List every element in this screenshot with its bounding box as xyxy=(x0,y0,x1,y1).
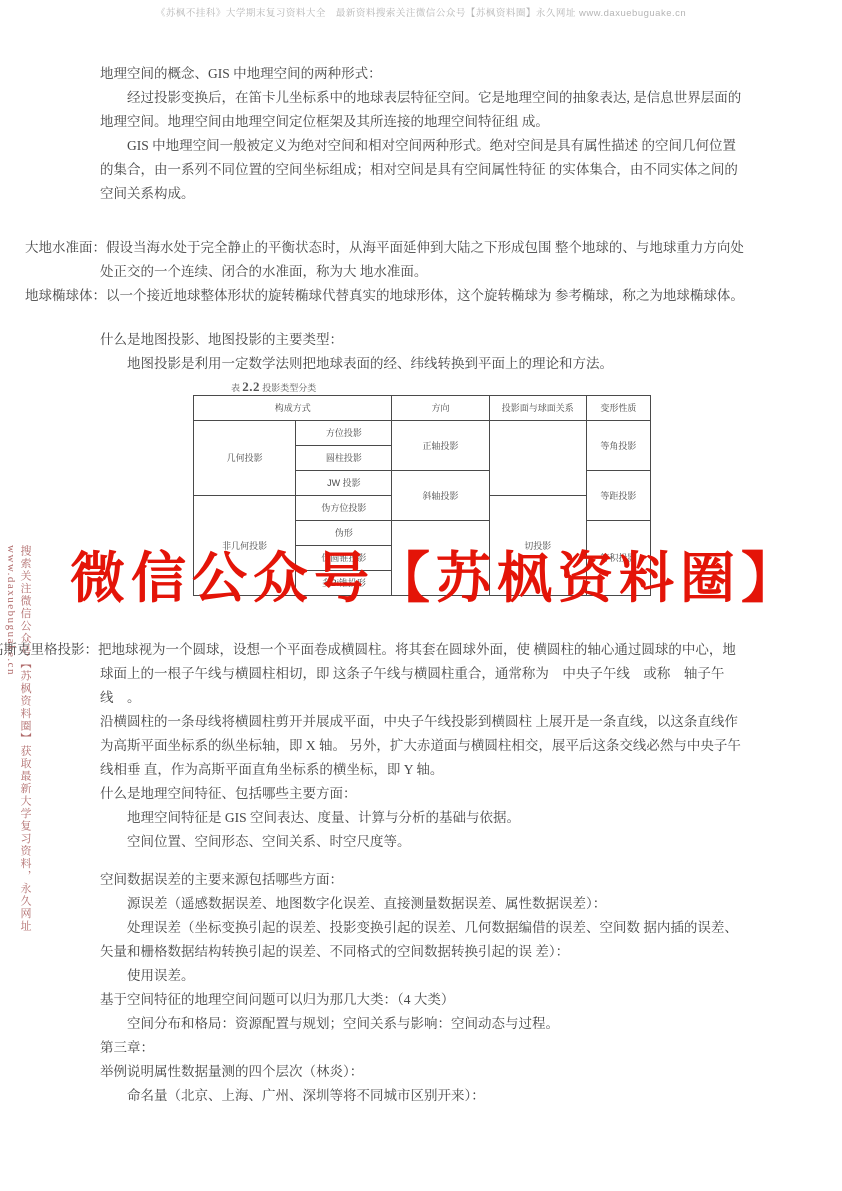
table-header-construction: 构成方式 xyxy=(194,396,392,421)
table-caption-title: 投影类型分类 xyxy=(262,383,316,393)
para-geo-feature-basis: 地理空间特征是 GIS 空间表达、度量、计算与分析的基础与依据。 xyxy=(100,806,748,830)
blank-space xyxy=(100,206,748,236)
document-page: 《苏枫不挂科》大学期末复习资料大全 最新资料搜索关注微信公众号【苏枫资料圈】永久… xyxy=(0,0,842,1191)
table-cell-pseudo-azimuthal: 伪方位投影 xyxy=(296,496,392,521)
table-header-deformation: 变形性质 xyxy=(586,396,650,421)
red-watermark: 微信公众号【苏枫资料圈】 xyxy=(70,549,802,609)
para-map-projection-def: 地图投影是利用一定数学法则把地球表面的经、纬线转换到平面上的理论和方法。 xyxy=(100,352,748,376)
table-cell-geometric: 几何投影 xyxy=(194,421,296,496)
table-cell-cylindrical: 圆柱投影 xyxy=(296,446,392,471)
blank-space xyxy=(100,854,748,868)
para-processing-error: 处理误差（坐标变换引起的误差、投影变换引起的误差、几何数据编借的误差、空间数 据… xyxy=(100,916,748,964)
para-geo-space-def: 经过投影变换后，在笛卡儿坐标系中的地球表层特征空间。它是地理空间的抽象表达, 是… xyxy=(100,86,748,134)
para-geoid-def: 大地水准面：假设当海水处于完全静止的平衡状态时，从海平面延伸到大陆之下形成包围 … xyxy=(100,236,748,284)
para-source-error: 源误差（遥感数据误差、地图数字化误差、直接测量数据误差、属性数据误差）： xyxy=(100,892,748,916)
table-caption: 表 2.2 投影类型分类 xyxy=(231,380,653,395)
para-gauss-kruger-def: 高斯克里格投影：把地球视为一个圆球，设想一个平面卷成横圆柱。将其套在圆球外面，使… xyxy=(100,638,748,710)
table-cell-normal-axis: 正轴投影 xyxy=(392,421,489,471)
para-geo-feature-title: 什么是地理空间特征、包括哪些主要方面： xyxy=(100,782,748,806)
table-header-relation: 投影面与球面关系 xyxy=(489,396,586,421)
para-ellipsoid-def: 地球椭球体：以一个接近地球整体形状的旋转椭球代替真实的地球形体，这个旋转椭球为 … xyxy=(100,284,748,308)
table-caption-prefix: 表 xyxy=(231,383,240,393)
table-caption-number: 2.2 xyxy=(242,379,260,394)
para-gauss-kruger-detail: 沿横圆柱的一条母线将横圆柱剪开并展成平面，中央子午线投影到横圆柱 上展开是一条直… xyxy=(100,710,748,782)
para-spatial-problem-list: 空间分布和格局：资源配置与规划；空间关系与影响：空间动态与过程。 xyxy=(100,1012,748,1036)
blank-space xyxy=(100,308,748,328)
page-header-watermark: 《苏枫不挂科》大学期末复习资料大全 最新资料搜索关注微信公众号【苏枫资料圈】永久… xyxy=(0,5,842,19)
table-cell-equidistant: 等距投影 xyxy=(586,471,650,521)
table-cell-pseudo-cylindrical: 伪形 xyxy=(296,521,392,546)
para-geo-feature-aspects: 空间位置、空间形态、空间关系、时空尺度等。 xyxy=(100,830,748,854)
para-usage-error: 使用误差。 xyxy=(100,964,748,988)
table-cell-azimuthal: 方位投影 xyxy=(296,421,392,446)
para-data-error-title: 空间数据误差的主要来源包括哪些方面： xyxy=(100,868,748,892)
left-vertical-watermark: 搜索关注微信公众号【苏枫资料圈】获取最新大学复习资料，永久网址 www.daxu… xyxy=(5,545,33,985)
para-attribute-levels-title: 举例说明属性数据量测的四个层次（林炎）： xyxy=(100,1060,748,1084)
para-chapter-three: 第三章： xyxy=(100,1036,748,1060)
table-cell-conformal: 等角投影 xyxy=(586,421,650,471)
table-cell-oblique-axis: 斜轴投影 xyxy=(392,471,489,521)
para-geo-space-concept-title: 地理空间的概念、GIS 中地理空间的两种形式： xyxy=(100,62,748,86)
table-cell-conic: JW 投影 xyxy=(296,471,392,496)
table-header-direction: 方向 xyxy=(392,396,489,421)
para-nominal-scale: 命名量（北京、上海、广州、深圳等将不同城市区别开来）： xyxy=(100,1084,748,1108)
para-map-projection-title: 什么是地图投影、地图投影的主要类型： xyxy=(100,328,748,352)
para-spatial-problem-classes: 基于空间特征的地理空间问题可以归为那几大类：（4 大类） xyxy=(100,988,748,1012)
table-cell-empty xyxy=(489,421,586,496)
para-gis-absolute-relative: GIS 中地理空间一般被定义为绝对空间和相对空间两种形式。绝对空间是具有属性描述… xyxy=(100,134,748,206)
